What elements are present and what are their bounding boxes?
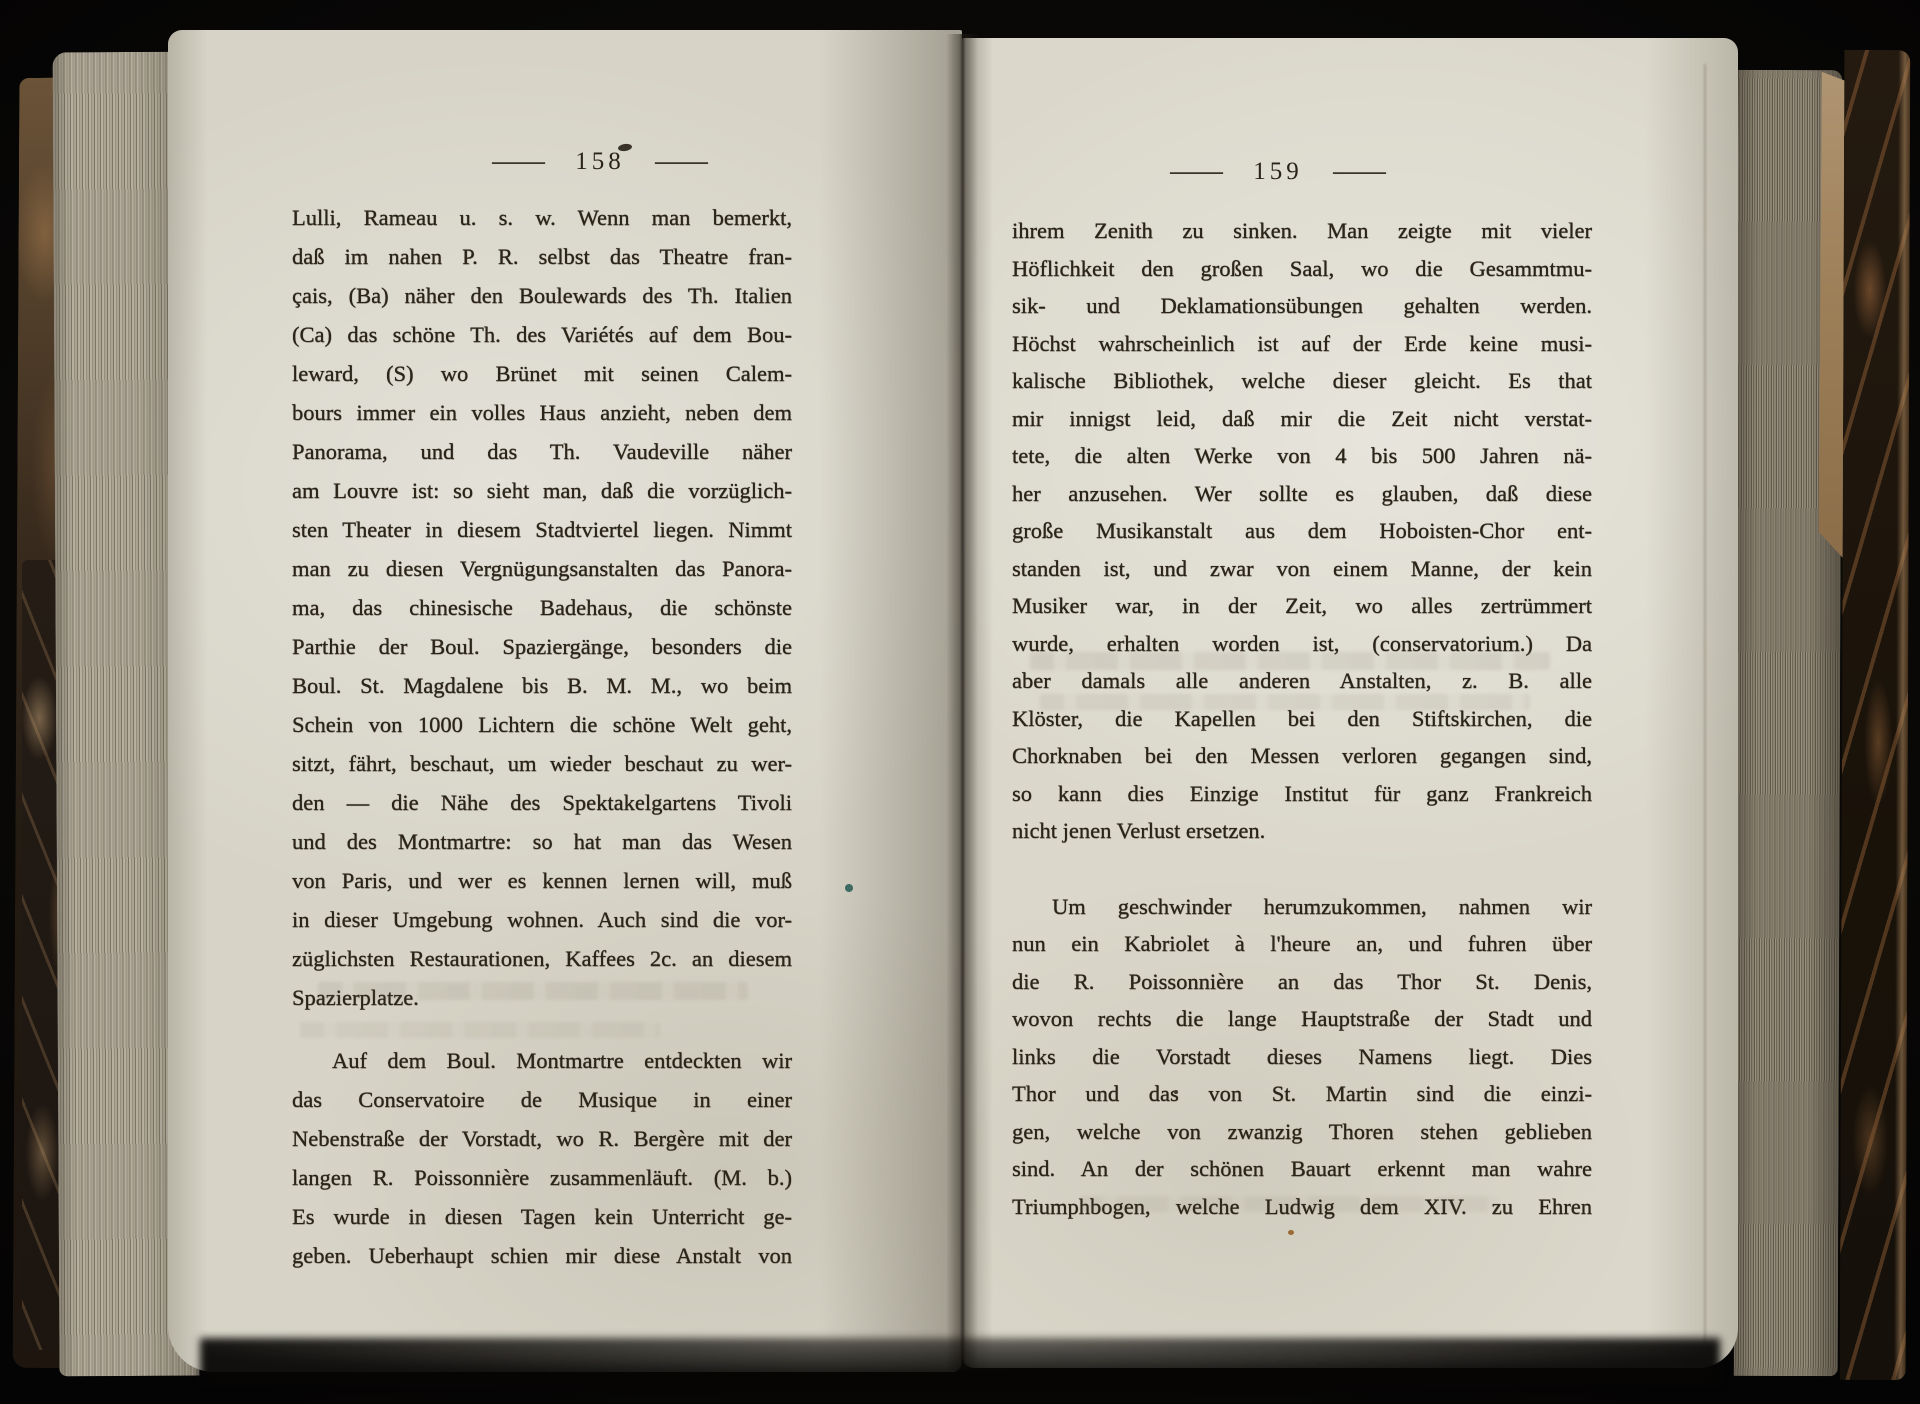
text-line: daß im nahen P. R. selbst das Theatre fr… (292, 237, 792, 276)
text-line: den — die Nähe des Spektakelgartens Tivo… (292, 783, 792, 822)
paper-speck (1174, 1090, 1178, 1094)
right-page-text: ihrem Zenith zu sinken. Man zeigte mit v… (1012, 212, 1592, 1225)
paper-speck (845, 884, 853, 892)
text-line: nicht jenen Verlust ersetzen. (1012, 812, 1592, 850)
bleedthrough-text (1040, 694, 1530, 710)
bleedthrough-text (1080, 1196, 1500, 1212)
text-line: so kann dies Einzige Institut für ganz F… (1012, 775, 1592, 813)
text-line: (Ca) das schöne Th. des Variétés auf dem… (292, 315, 792, 354)
book-photo: — 158 — Lulli, Rameau u. s. w. Wenn man … (0, 0, 1920, 1404)
text-line: Nebenstraße der Vorstadt, wo R. Bergère … (292, 1119, 792, 1158)
text-line: gen, welche von zwanzig Thoren stehen ge… (1012, 1113, 1592, 1151)
header-rule-icon: — (655, 148, 708, 176)
text-line: von Paris, und wer es kennen lernen will… (292, 861, 792, 900)
text-line: Auf dem Boul. Montmartre entdeckten wir (292, 1041, 792, 1080)
bleedthrough-text (1030, 652, 1550, 670)
text-line: Es wurde in diesen Tagen kein Unterricht… (292, 1197, 792, 1236)
text-line: Lulli, Rameau u. s. w. Wenn man bemerkt, (292, 198, 792, 237)
text-line: links die Vorstadt dieses Namens liegt. … (1012, 1038, 1592, 1076)
text-line: sind. An der schönen Bauart erkennt man … (1012, 1150, 1592, 1188)
text-line: standen ist, und zwar von einem Manne, d… (1012, 550, 1592, 588)
text-line: die R. Poissonnière an das Thor St. Deni… (1012, 963, 1592, 1001)
left-page-number: 158 (575, 148, 625, 176)
text-line: sten Theater in diesem Stadtviertel lieg… (292, 510, 792, 549)
text-line: große Musikanstalt aus dem Hoboisten-Cho… (1012, 512, 1592, 550)
left-page-header: — 158 — (350, 148, 850, 176)
text-line: langen R. Poissonnière zusammenläuft. (M… (292, 1158, 792, 1197)
text-line: her anzusehen. Wer sollte es glauben, da… (1012, 475, 1592, 513)
right-page-header: — 159 — (988, 158, 1568, 186)
text-line: Schein von 1000 Lichtern die schöne Welt… (292, 705, 792, 744)
header-rule-icon: — (493, 148, 546, 176)
text-line: Höflichkeit den großen Saal, wo die Gesa… (1012, 250, 1592, 288)
text-line: Um geschwinder herumzukommen, nahmen wir (1012, 888, 1592, 926)
text-line: Höchst wahrscheinlich ist auf der Erde k… (1012, 325, 1592, 363)
text-line: züglichsten Restaurationen, Kaffees 2c. … (292, 939, 792, 978)
book-gutter (946, 34, 978, 1370)
bleedthrough-text (318, 982, 748, 1000)
header-rule-icon: — (1333, 158, 1386, 186)
text-line: sik- und Deklamationsübungen gehalten we… (1012, 287, 1592, 325)
text-line: wovon rechts die lange Hauptstraße der S… (1012, 1000, 1592, 1038)
text-line: in dieser Umgebung wohnen. Auch sind die… (292, 900, 792, 939)
paper-speck (1288, 1230, 1294, 1235)
text-line: Panorama, und das Th. Vaudeville näher (292, 432, 792, 471)
left-page-text: Lulli, Rameau u. s. w. Wenn man bemerkt,… (292, 198, 792, 1275)
text-line: man zu diesen Vergnügungsanstalten das P… (292, 549, 792, 588)
left-page-content: — 158 — Lulli, Rameau u. s. w. Wenn man … (292, 148, 792, 1275)
text-line: sitzt, fährt, beschaut, um wieder bescha… (292, 744, 792, 783)
text-line: ihrem Zenith zu sinken. Man zeigte mit v… (1012, 212, 1592, 250)
text-line: Thor und das von St. Martin sind die ein… (1012, 1075, 1592, 1113)
text-line: Boul. St. Magdalene bis B. M. M., wo bei… (292, 666, 792, 705)
book-bottom-shadow (200, 1338, 1720, 1384)
text-line: Chorknaben bei den Messen verloren gegan… (1012, 737, 1592, 775)
text-line: Parthie der Boul. Spaziergänge, besonder… (292, 627, 792, 666)
text-line: nun ein Kabriolet à l'heure an, und fuhr… (1012, 925, 1592, 963)
text-line: leward, (S) wo Brünet mit seinen Calem- (292, 354, 792, 393)
text-line: Musiker war, in der Zeit, wo alles zertr… (1012, 587, 1592, 625)
bleedthrough-text (300, 1022, 660, 1038)
header-rule-icon: — (1171, 158, 1224, 186)
text-line: tete, die alten Werke von 4 bis 500 Jahr… (1012, 437, 1592, 475)
right-page-content: — 159 — ihrem Zenith zu sinken. Man zeig… (1012, 158, 1592, 1225)
text-line: bours immer ein volles Haus anzieht, neb… (292, 393, 792, 432)
text-line: das Conservatoire de Musique in einer (292, 1080, 792, 1119)
text-line: çais, (Ba) näher den Boulewards des Th. … (292, 276, 792, 315)
text-line: ma, das chinesische Badehaus, die schöns… (292, 588, 792, 627)
text-line: geben. Ueberhaupt schien mir diese Ansta… (292, 1236, 792, 1275)
text-line: mir innigst leid, daß mir die Zeit nicht… (1012, 400, 1592, 438)
page-crease (1704, 64, 1706, 1344)
text-line: am Louvre ist: so sieht man, daß die vor… (292, 471, 792, 510)
right-page-number: 159 (1253, 158, 1303, 186)
text-line: kalische Bibliothek, welche dieser gleic… (1012, 362, 1592, 400)
book-cover-right-edge (1840, 50, 1911, 1380)
text-line: und des Montmartre: so hat man das Wesen (292, 822, 792, 861)
